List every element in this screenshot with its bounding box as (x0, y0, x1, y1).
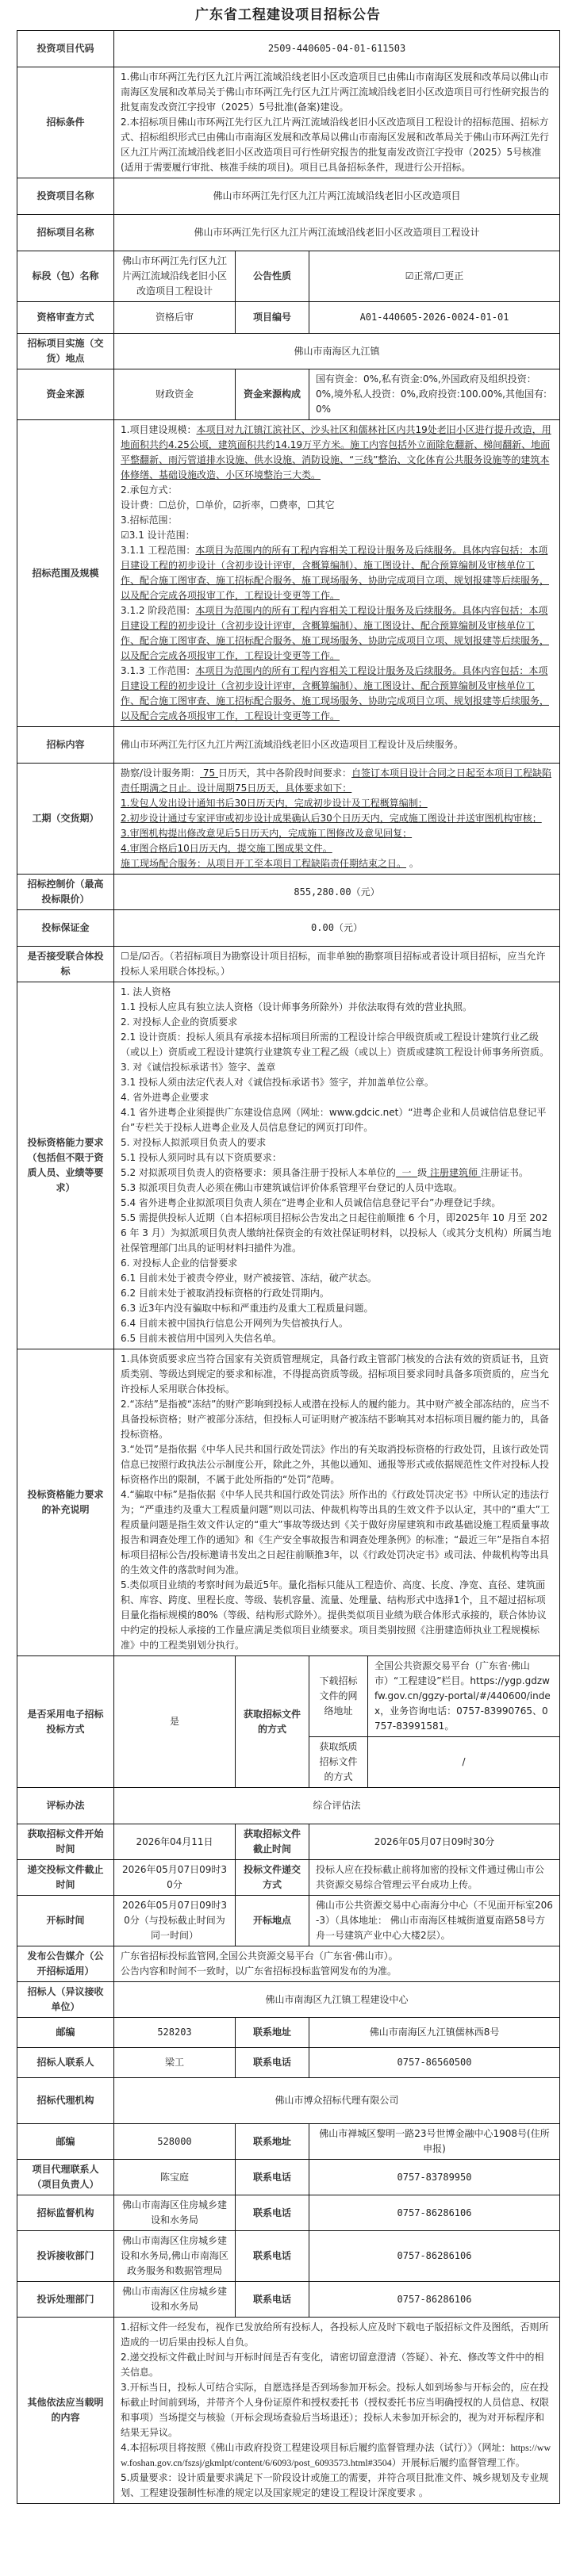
opening-place-label: 开标地点 (236, 1896, 309, 1946)
scope-label: 招标范围及规模 (17, 420, 114, 727)
funding-label: 资金来源 (17, 369, 114, 420)
tender-name-value: 佛山市环两江先行区九江片两江流域沿线老旧小区改造项目工程设计 (114, 215, 560, 251)
supplement-item: 2.“冻结”是指被“冻结”的财产影响到投标人或潜在投标人的履约能力。其中财产被全… (121, 1397, 553, 1442)
supplement-value: 1.具体资质要求应当符合国家有关资质管理规定，具备行政主管部门核发的合法有效的资… (114, 1349, 560, 1656)
row-location: 招标项目实施（交货）地点 佛山市南海区九江镇 (17, 334, 560, 369)
requirement-item: 6.4 目前未被中国执行信息公开网列为失信被执行人。 (121, 1316, 553, 1331)
period-value: 勘察/设计服务期： 75 日历天，其中各阶段时间要求：自签订本项目设计合同之日起… (114, 764, 560, 875)
electronic-label: 是否采用电子招标投标方式 (17, 1656, 114, 1788)
requirement-item: 5. 对投标人拟派项目负责人的要求 (121, 1135, 553, 1150)
row-max-price: 招标控制价（最高投标限价） 855,280.00（元） (17, 875, 560, 910)
requirement-item: 3.1 投标人须由法定代表人对《诚信投标承诺书》签字，并加盖单位公章。 (121, 1075, 553, 1090)
other-p4-suffix: ）开展标后履约监督管理工作。 (392, 2457, 525, 2468)
invest-name-value: 佛山市环两江先行区九江片两江流域沿线老旧小区改造项目 (114, 178, 560, 215)
row-consortium: 是否接受联合体投标 ☐是/☑否。（若招标项目为勘察设计项目招标，而非单独的勘察项… (17, 947, 560, 982)
tenderer-label: 招标人（异议接收单位） (17, 1982, 114, 2018)
other-p4: 4.本招标项目将按照《佛山市政府投资工程建设项目标后履约监督管理办法（试行）》（… (121, 2440, 553, 2471)
row-agency-address: 邮编 528000 联系地址 佛山市禅城区黎明一路23号世博金融中心1908号(… (17, 2124, 560, 2160)
row-funding: 资金来源 财政资金 资金来源构成 国有资金：0%,私有资金:0%,外国政府及组织… (17, 369, 560, 420)
period-line-5-end: 。 (409, 858, 419, 869)
obtain-method-label: 获取招标文件的方式 (236, 1656, 309, 1788)
row-other: 其他依法应当载明的内容 1.招标文件一经发布，视作已发放给所有投标人，各投标人应… (17, 2318, 560, 2504)
row-complaint-handle: 投诉处理部门 佛山市南海区住房城乡建设和水务局 联系电话 0757-862861… (17, 2282, 560, 2318)
requirement-item: 4. 省外进粤企业要求 (121, 1090, 553, 1105)
complaint-handle-phone-label: 联系电话 (236, 2282, 309, 2318)
submit-method-value: 投标人应在投标截止前将加密的投标文件通过佛山市公共资源交易综合管理云平台成功上传… (309, 1860, 560, 1896)
requirement-item: 3. 对《诚信投标承诺书》签字、盖章 (121, 1060, 553, 1075)
project-code-value: A01-440605-2026-0024-01-01 (309, 302, 560, 334)
period-line-1: 1.发包人发出设计通知书后30日历天内，完成初步设计及工程概算编制； (121, 796, 553, 811)
scope-contract-fee: 设计费：☐总价，☐单价，☑折率，☐费率，☐其它 (121, 498, 553, 513)
tenderer-contact-label: 招标人联系人 (17, 2048, 114, 2078)
location-value: 佛山市南海区九江镇 (114, 334, 560, 369)
tenderer-zip-value: 528203 (114, 2018, 236, 2048)
supervision-phone-value: 0757-86286106 (309, 2195, 560, 2231)
opening-time-label: 开标时间 (17, 1896, 114, 1946)
media-line-1: 广东省招标投标监管网,全国公共资源交易平台（广东省·佛山市）。 (121, 1949, 553, 1964)
agency-zip-label: 邮编 (17, 2124, 114, 2160)
other-value: 1.招标文件一经发布，视作已发放给所有投标人，各投标人应及时下载电子版招标文件及… (114, 2318, 560, 2504)
section-label: 标段（包）名称 (17, 251, 114, 302)
agency-phone-value: 0757-83789950 (309, 2160, 560, 2195)
electronic-value: 是 (114, 1656, 236, 1788)
content-label: 招标内容 (17, 727, 114, 764)
row-opening: 开标时间 2026年05月07日09时30分（与投标截止时间为同一时间） 开标地… (17, 1896, 560, 1946)
requirement-item: 1.1 投标人应具有独立法人资格（设计师事务所除外）并依法取得有效的营业执照。 (121, 1000, 553, 1015)
doc-start-value: 2026年04月11日 (114, 1824, 236, 1860)
page-title: 广东省工程建设项目招标公告 (0, 6, 576, 24)
tenderer-address-label: 联系地址 (236, 2018, 309, 2048)
requirement-item: 2.1 设计资质：投标人须具有承接本招标项目所需的工程设计综合甲级资质或工程设计… (121, 1030, 553, 1060)
doc-start-label: 获取招标文件开始时间 (17, 1824, 114, 1860)
tenderer-contact-value: 梁工 (114, 2048, 236, 2078)
period-line-4: 4.审图合格后10日历天内，提交施工图成果文件。 (121, 841, 553, 856)
period-prefix: 勘察/设计服务期： (121, 767, 200, 779)
opening-time-value: 2026年05月07日09时30分（与投标截止时间为同一时间） (114, 1896, 236, 1946)
funding-value: 财政资金 (114, 369, 236, 420)
row-submit: 递交投标文件截止时间 2026年05月07日09时30分 投标文件递交方式 投标… (17, 1860, 560, 1896)
requirement-item: 6.1 目前未处于被责令停业，财产被接管、冻结，破产状态。 (121, 1271, 553, 1286)
row-supplement: 投标资格能力要求的补充说明 1.具体资质要求应当符合国家有关资质管理规定，具备行… (17, 1349, 560, 1656)
row-content: 招标内容 佛山市环两江先行区九江片两江流域沿线老旧小区改造项目工程设计及后续服务… (17, 727, 560, 764)
invest-code-value: 2509-440605-04-01-611503 (114, 31, 560, 67)
supplement-item: 4.“骗取中标”是指依据《中华人民共和国行政处罚法》所作出的《行政处罚决定书》中… (121, 1487, 553, 1578)
submit-deadline-label: 递交投标文件截止时间 (17, 1860, 114, 1896)
period-days: 75 (200, 767, 218, 779)
row-tenderer-address: 邮编 528203 联系地址 佛山市南海区九江镇儒林西8号 (17, 2018, 560, 2048)
period-days-value: 75 (203, 767, 215, 779)
scope-engineering-range: 3.1.1 工程范围：本项目为范围内的所有工程内容相关工程设计服务及后续服务。具… (121, 543, 553, 603)
location-label: 招标项目实施（交货）地点 (17, 334, 114, 369)
evaluation-label: 评标办法 (17, 1788, 114, 1824)
paper-method-value: / (368, 1737, 560, 1788)
period-intro: 勘察/设计服务期： 75 日历天，其中各阶段时间要求：自签订本项目设计合同之日起… (121, 766, 553, 796)
req52-cert: 注册建筑师 (427, 1167, 481, 1178)
row-requirements: 投标资格能力要求（包括但不限于资质人员、业绩等要求） 1. 法人资格 1.1 投… (17, 982, 560, 1349)
row-media: 发布公告媒介（公开招标适用） 广东省招标投标监管网,全国公共资源交易平台（广东省… (17, 1946, 560, 1982)
row-tenderer-contact: 招标人联系人 梁工 联系电话 0757-86560500 (17, 2048, 560, 2078)
deposit-label: 投标保证金 (17, 910, 114, 947)
period-mid: 日历天，其中各阶段时间要求： (218, 767, 351, 779)
agency-contact-label: 项目代理联系人（项目负责人） (17, 2160, 114, 2195)
evaluation-value: 综合评估法 (114, 1788, 560, 1824)
media-line-2: 公告内容和时间不一致时，以广东省招标投标监管网发布的为准。 (121, 1964, 553, 1979)
req52-prefix: 5.2 对拟派项目负责人的资格要求：须具备注册于投标人本单位的 (121, 1167, 396, 1178)
agency-value: 佛山市博众招标代理有限公司 (114, 2078, 560, 2124)
tender-name-label: 招标项目名称 (17, 215, 114, 251)
requirement-item: 6.2 目前未处于被取消投标资格的行政处罚期内。 (121, 1286, 553, 1301)
content-value: 佛山市环两江先行区九江片两江流域沿线老旧小区改造项目工程设计及后续服务。 (114, 727, 560, 764)
req52-cert-value: 注册建筑师 (430, 1167, 478, 1178)
conditions-p1: 1.佛山市环两江先行区九江片两江流域沿线老旧小区改造项目已由佛山市南海区发展和改… (121, 70, 553, 115)
supplement-label: 投标资格能力要求的补充说明 (17, 1349, 114, 1656)
row-qualification: 资格审查方式 资格后审 项目编号 A01-440605-2026-0024-01… (17, 302, 560, 334)
row-doc-time: 获取招标文件开始时间 2026年04月11日 获取招标文件截止时间 2026年0… (17, 1824, 560, 1860)
tenderer-phone-label: 联系电话 (236, 2048, 309, 2078)
project-code-label: 项目编号 (236, 302, 309, 334)
scope-scale-prefix: 1.项目建设规模： (121, 424, 196, 435)
period-label: 工期（交货期） (17, 764, 114, 875)
media-label: 发布公告媒介（公开招标适用） (17, 1946, 114, 1982)
row-conditions: 招标条件 1.佛山市环两江先行区九江片两江流域沿线老旧小区改造项目已由佛山市南海… (17, 67, 560, 178)
complaint-receive-value: 佛山市南海区住房城乡建设和水务局,佛山市南海区政务服务和数据管理局 (114, 2231, 236, 2282)
row-invest-code: 投资项目代码 2509-440605-04-01-611503 (17, 31, 560, 67)
section-value: 佛山市环两江先行区九江片两江流域沿线老旧小区改造项目工程设计 (114, 251, 236, 302)
row-electronic: 是否采用电子招标投标方式 是 获取招标文件的方式 下载招标文件的网络地址 全国公… (17, 1656, 560, 1737)
opening-place-value: 佛山市公共资源交易中心南海分中心（不见面开标室206-3）（具体地址： 佛山市南… (309, 1896, 560, 1946)
other-label: 其他依法应当载明的内容 (17, 2318, 114, 2504)
max-price-value: 855,280.00（元） (114, 875, 560, 910)
requirement-item: 5.3 拟派项目负责人必须在佛山市建筑诚信评价体系管理平台登记的人员中选取。 (121, 1181, 553, 1196)
complaint-receive-phone-value: 0757-86286106 (309, 2231, 560, 2282)
other-p2: 2.递交投标文件截止时间与开标时间是否有变化，请密切留意澄清（答疑）、补充、修改… (121, 2350, 553, 2380)
scope-stage-range: 3.1.2 阶段范围：本项目为范围内的所有工程内容相关工程设计服务及后续服务。具… (121, 603, 553, 664)
other-p4-prefix: 4.本招标项目将按照《佛山市政府投资工程建设项目标后履约监督管理办法（试行）》（… (121, 2442, 510, 2453)
req52-suffix: 注册证书。 (481, 1167, 528, 1178)
conditions-value: 1.佛山市环两江先行区九江片两江流域沿线老旧小区改造项目已由佛山市南海区发展和改… (114, 67, 560, 178)
invest-code-label: 投资项目代码 (17, 31, 114, 67)
requirement-item: 5.1 投标人须同时具有以下资质要求： (121, 1150, 553, 1166)
requirements-value: 1. 法人资格 1.1 投标人应具有独立法人资格（设计师事务所除外）并依法取得有… (114, 982, 560, 1349)
agency-contact-value: 陈宝庭 (114, 2160, 236, 2195)
consortium-label: 是否接受联合体投标 (17, 947, 114, 982)
agency-address-label: 联系地址 (236, 2124, 309, 2160)
scope-design-range: ☑3.1 设计范围： (121, 528, 553, 543)
requirement-item: 6.3 近3年内没有骗取中标和严重违约及重大工程质量问题。 (121, 1301, 553, 1316)
tender-notice-table: 投资项目代码 2509-440605-04-01-611503 招标条件 1.佛… (17, 30, 560, 2504)
tenderer-value: 佛山市南海区九江镇工程建设中心 (114, 1982, 560, 2018)
notice-nature-label: 公告性质 (236, 251, 309, 302)
notice-nature-value: ☑正常/☐更正 (309, 251, 560, 302)
period-line-2: 2.初步设计通过专家评审或初步设计成果确认后30个日历天内，完成施工图设计并送审… (121, 811, 553, 826)
requirement-item: 5.5 需提供投标人近期（自本招标项目招标公告发出之日起往前顺推 6 个月，即2… (121, 1211, 553, 1256)
scope-scale: 1.项目建设规模：本项目对九江镇江滨社区、沙头社区和儒林社区内共19处老旧小区进… (121, 423, 553, 483)
requirement-item-5-2: 5.2 对拟派项目负责人的资格要求：须具备注册于投标人本单位的 一 级 注册建筑… (121, 1166, 553, 1181)
media-value: 广东省招标投标监管网,全国公共资源交易平台（广东省·佛山市）。 公告内容和时间不… (114, 1946, 560, 1982)
agency-zip-value: 528000 (114, 2124, 236, 2160)
agency-phone-label: 联系电话 (236, 2160, 309, 2195)
scope-value: 1.项目建设规模：本项目对九江镇江滨社区、沙头社区和儒林社区内共19处老旧小区进… (114, 420, 560, 727)
other-p3: 3.开标当日，投标人可结合实际，自愿选择是否到场参加开标会。投标人如到场参与开标… (121, 2380, 553, 2440)
max-price-label: 招标控制价（最高投标限价） (17, 875, 114, 910)
tenderer-address-value: 佛山市南海区九江镇儒林西8号 (309, 2018, 560, 2048)
agency-address-value: 佛山市禅城区黎明一路23号世博金融中心1908号(住所申报) (309, 2124, 560, 2160)
funding-composition-label: 资金来源构成 (236, 369, 309, 420)
requirement-item: 6.5 目前未被信用中国列入失信名单。 (121, 1331, 553, 1346)
row-complaint-receive: 投诉接收部门 佛山市南海区住房城乡建设和水务局,佛山市南海区政务服务和数据管理局… (17, 2231, 560, 2282)
row-supervision: 招标监督机构 佛山市南海区住房城乡建设和水务局 联系电话 0757-862861… (17, 2195, 560, 2231)
requirement-item: 2. 对投标人企业的资质要求 (121, 1015, 553, 1030)
scope-work-range: 3.1.3 工作范围：本项目为范围内的所有工程内容相关工程设计服务及后续服务。具… (121, 664, 553, 724)
consortium-value: ☐是/☑否。（若招标项目为勘察设计项目招标，而非单独的勘察项目招标或者设计项目招… (114, 947, 560, 982)
paper-method-label: 获取纸质招标文件的方式 (309, 1737, 368, 1788)
tenderer-zip-label: 邮编 (17, 2018, 114, 2048)
funding-composition-value: 国有资金：0%,私有资金:0%,外国政府及组织投资：0%,境外私人投资：0%,政… (309, 369, 560, 420)
complaint-handle-phone-value: 0757-86286106 (309, 2282, 560, 2318)
supplement-item: 5.类似项目业绩的考察时间为最近5年。量化指标只能从工程造价、高度、长度、净宽、… (121, 1578, 553, 1653)
requirement-item: 4.1 省外进粤企业须提供广东建设信息网（网址：www.gdcic.net）“进… (121, 1105, 553, 1135)
other-p5: 5.质量要求：设计质量要求满足下一阶段设计或施工的需要，并符合项目批准文件、城乡… (121, 2471, 553, 2501)
deposit-value: 0.00（元） (114, 910, 560, 947)
requirement-item: 6. 对投标人企业的信誉要求 (121, 1256, 553, 1271)
complaint-handle-value: 佛山市南海区住房城乡建设和水务局 (114, 2282, 236, 2318)
req52-mid: 级 (417, 1167, 427, 1178)
row-tenderer: 招标人（异议接收单位） 佛山市南海区九江镇工程建设中心 (17, 1982, 560, 2018)
row-agency-contact: 项目代理联系人（项目负责人） 陈宝庭 联系电话 0757-83789950 (17, 2160, 560, 2195)
row-invest-name: 投资项目名称 佛山市环两江先行区九江片两江流域沿线老旧小区改造项目 (17, 178, 560, 215)
supervision-label: 招标监督机构 (17, 2195, 114, 2231)
complaint-receive-phone-label: 联系电话 (236, 2231, 309, 2282)
complaint-receive-label: 投诉接收部门 (17, 2231, 114, 2282)
row-agency: 招标代理机构 佛山市博众招标代理有限公司 (17, 2078, 560, 2124)
conditions-label: 招标条件 (17, 67, 114, 178)
period-line-5-text: 施工现场配合服务：从项目开工至本项目工程缺陷责任期结束之日。 (121, 858, 406, 869)
conditions-p2: 2.本招标项目佛山市环两江先行区九江片两江流域沿线老旧小区改造项目工程设计的招标… (121, 115, 553, 175)
doc-end-value: 2026年05月07日09时30分 (309, 1824, 560, 1860)
row-evaluation: 评标办法 综合评估法 (17, 1788, 560, 1824)
invest-name-label: 投资项目名称 (17, 178, 114, 215)
supplement-item: 3.“处罚”是指依据《中华人民共和国行政处罚法》作出的有关取消投标资格的行政处罚… (121, 1442, 553, 1487)
doc-end-label: 获取招标文件截止时间 (236, 1824, 309, 1860)
download-address-label: 下载招标文件的网络地址 (309, 1656, 368, 1737)
agency-label: 招标代理机构 (17, 2078, 114, 2124)
row-scope: 招标范围及规模 1.项目建设规模：本项目对九江镇江滨社区、沙头社区和儒林社区内共… (17, 420, 560, 727)
submit-method-label: 投标文件递交方式 (236, 1860, 309, 1896)
requirement-item: 5.4 省外进粤企业拟派项目负责人须在“进粤企业和人员诚信信息登记平台”办理登记… (121, 1196, 553, 1211)
supervision-value: 佛山市南海区住房城乡建设和水务局 (114, 2195, 236, 2231)
req52-level: 一 (396, 1167, 417, 1178)
period-line-3: 3.审图机构提出修改意见后5日历天内，完成施工图修改及意见回复； (121, 826, 553, 841)
download-link[interactable]: 全国公共资源交易平台（广东省·佛山市）“工程建设”栏目。https://ygp.… (374, 1660, 551, 1732)
row-section: 标段（包）名称 佛山市环两江先行区九江片两江流域沿线老旧小区改造项目工程设计 公… (17, 251, 560, 302)
scope-311-prefix: 3.1.1 工程范围： (121, 545, 195, 556)
complaint-handle-label: 投诉处理部门 (17, 2282, 114, 2318)
scope-contract-heading: 2.承包方式： (121, 483, 553, 498)
supplement-item: 1.具体资质要求应当符合国家有关资质管理规定，具备行政主管部门核发的合法有效的资… (121, 1352, 553, 1397)
scope-range-heading: 3.招标范围： (121, 513, 553, 528)
scope-313-prefix: 3.1.3 工作范围： (121, 665, 195, 676)
period-line-5: 施工现场配合服务：从项目开工至本项目工程缺陷责任期结束之日。 。 (121, 856, 553, 871)
requirements-label: 投标资格能力要求（包括但不限于资质人员、业绩等要求） (17, 982, 114, 1349)
supervision-phone-label: 联系电话 (236, 2195, 309, 2231)
qualification-label: 资格审查方式 (17, 302, 114, 334)
notice-page: 广东省工程建设项目招标公告 投资项目代码 2509-440605-04-01-6… (0, 0, 576, 2536)
download-address-value[interactable]: 全国公共资源交易平台（广东省·佛山市）“工程建设”栏目。https://ygp.… (368, 1656, 560, 1737)
qualification-value: 资格后审 (114, 302, 236, 334)
row-period: 工期（交货期） 勘察/设计服务期： 75 日历天，其中各阶段时间要求：自签订本项… (17, 764, 560, 875)
row-deposit: 投标保证金 0.00（元） (17, 910, 560, 947)
scope-312-prefix: 3.1.2 阶段范围： (121, 605, 195, 616)
row-tender-name: 招标项目名称 佛山市环两江先行区九江片两江流域沿线老旧小区改造项目工程设计 (17, 215, 560, 251)
requirement-item: 1. 法人资格 (121, 985, 553, 1000)
tenderer-phone-value: 0757-86560500 (309, 2048, 560, 2078)
other-p1: 1.招标文件一经发布，视作已发放给所有投标人，各投标人应及时下载电子版招标文件及… (121, 2320, 553, 2350)
req52-level-value: 一 (402, 1167, 412, 1178)
submit-deadline-value: 2026年05月07日09时30分 (114, 1860, 236, 1896)
